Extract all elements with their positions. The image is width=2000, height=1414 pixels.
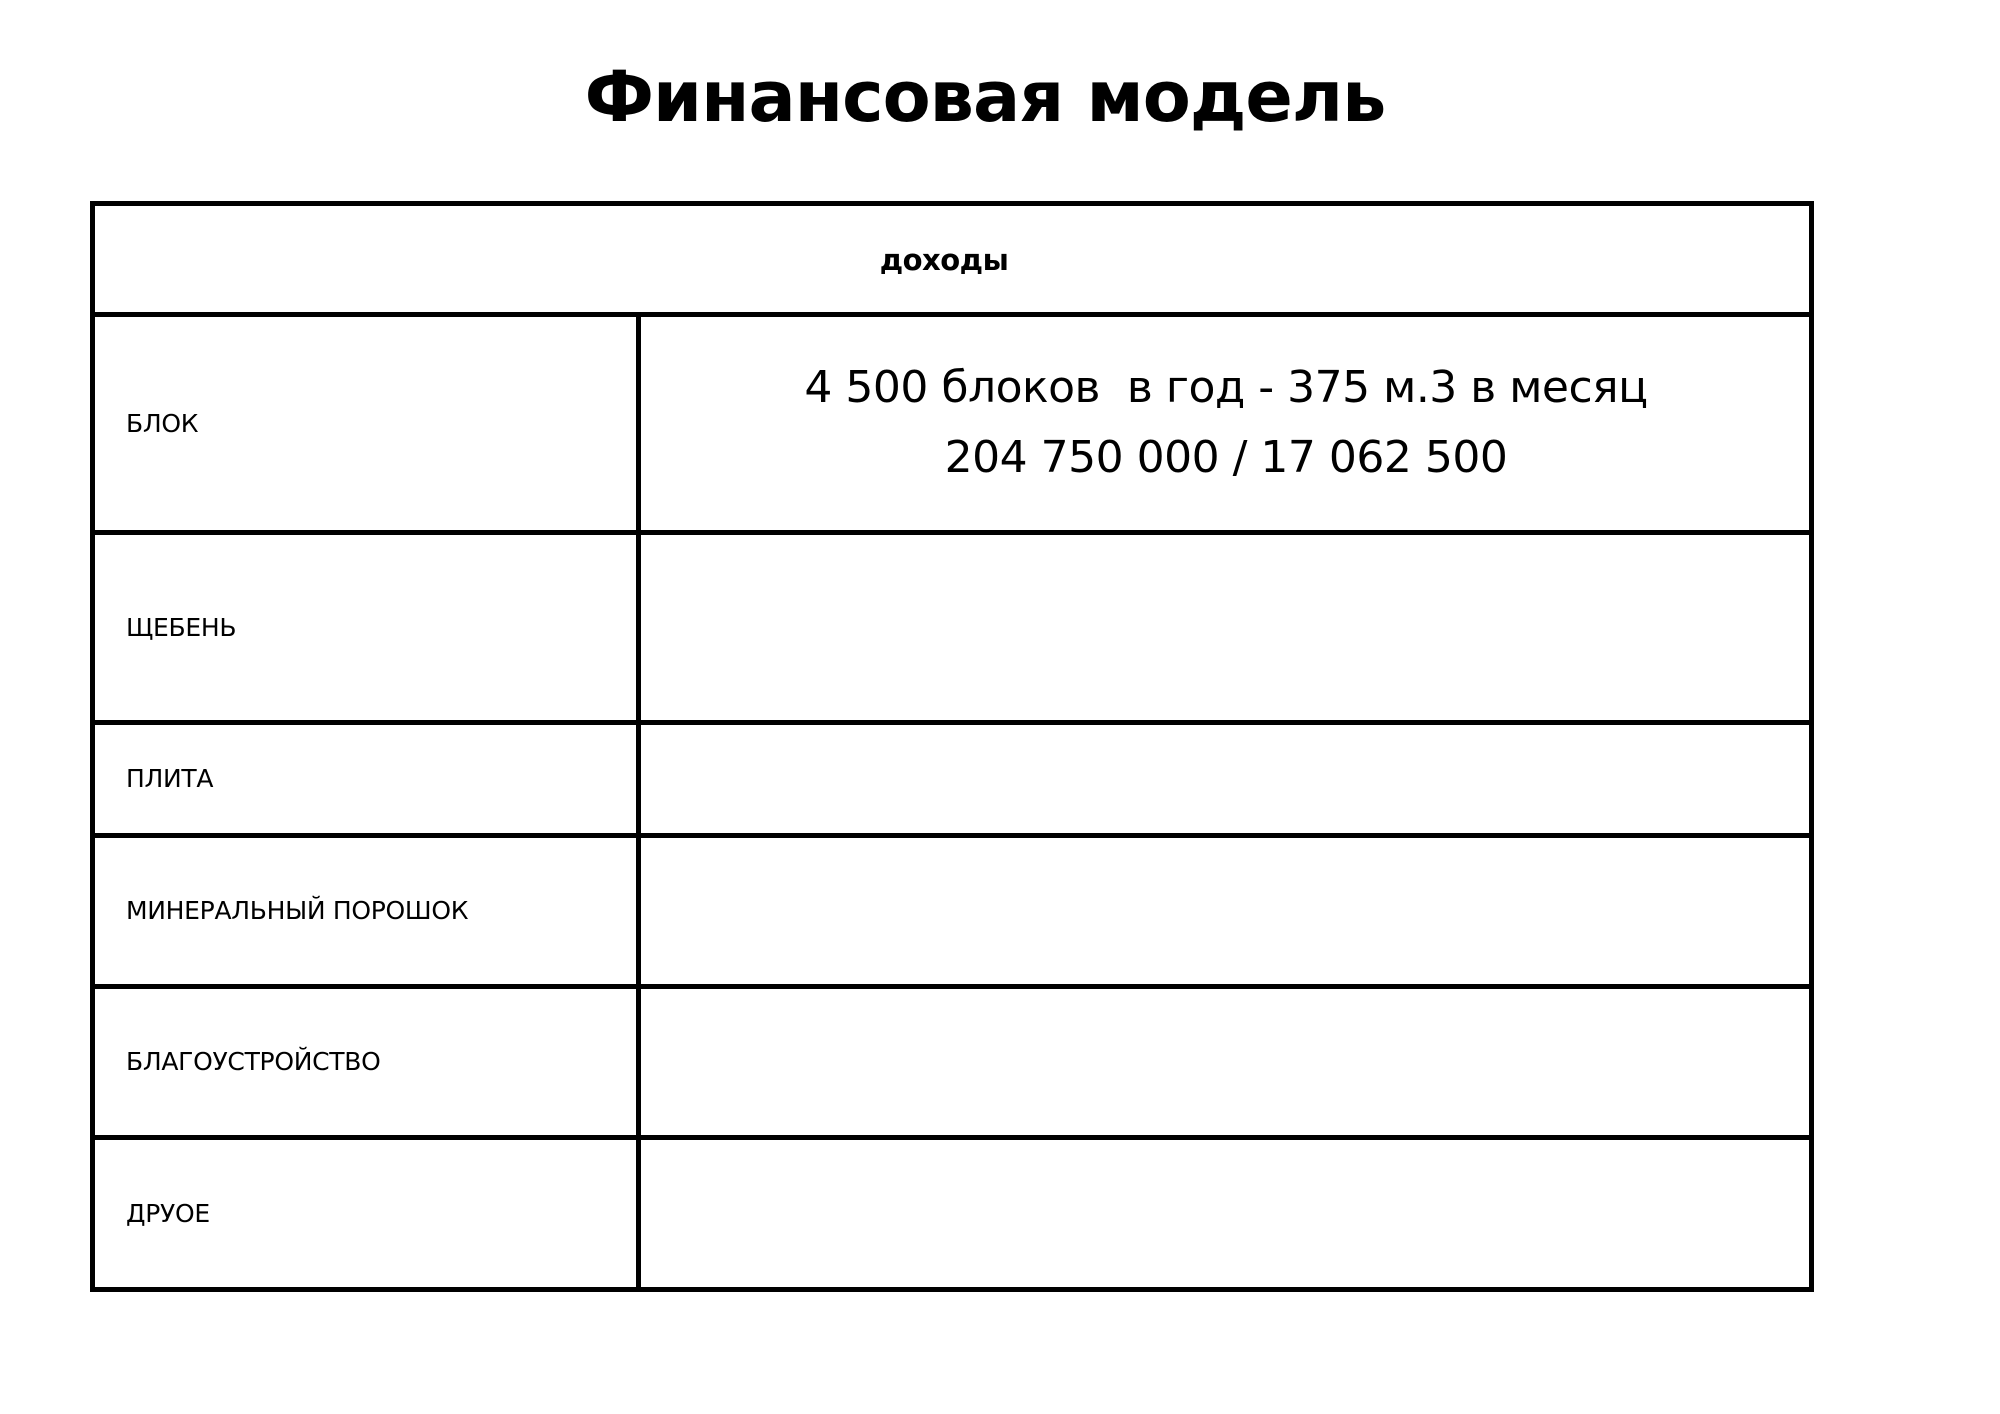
row-value-cell: 4 500 блоков в год - 375 м.3 в месяц204 … bbox=[643, 317, 1809, 529]
page-title: Финансовая модель bbox=[0, 52, 2000, 142]
income-table: доходы БЛОК4 500 блоков в год - 375 м.3 … bbox=[90, 201, 1814, 1292]
table-header-cell: доходы bbox=[95, 206, 1809, 314]
row-value-cell bbox=[643, 1140, 1809, 1286]
row-value-line: 4 500 блоков в год - 375 м.3 в месяц bbox=[804, 353, 1647, 423]
row-value-line: 204 750 000 / 17 062 500 bbox=[945, 423, 1508, 493]
row-label: БЛОК bbox=[126, 317, 198, 529]
row-value-cell bbox=[643, 725, 1809, 832]
row-value-cell bbox=[643, 838, 1809, 983]
row-value-cell bbox=[643, 989, 1809, 1134]
row-value-cell bbox=[643, 535, 1809, 719]
row-label: ЩЕБЕНЬ bbox=[126, 535, 236, 719]
row-label: ПЛИТА bbox=[126, 725, 213, 832]
table-header: доходы bbox=[880, 243, 1025, 277]
row-label: ДРУОЕ bbox=[126, 1140, 210, 1286]
column-divider bbox=[636, 314, 641, 1287]
row-label: МИНЕРАЛЬНЫЙ ПОРОШОК bbox=[126, 838, 468, 983]
row-label: БЛАГОУСТРОЙСТВО bbox=[126, 989, 380, 1134]
